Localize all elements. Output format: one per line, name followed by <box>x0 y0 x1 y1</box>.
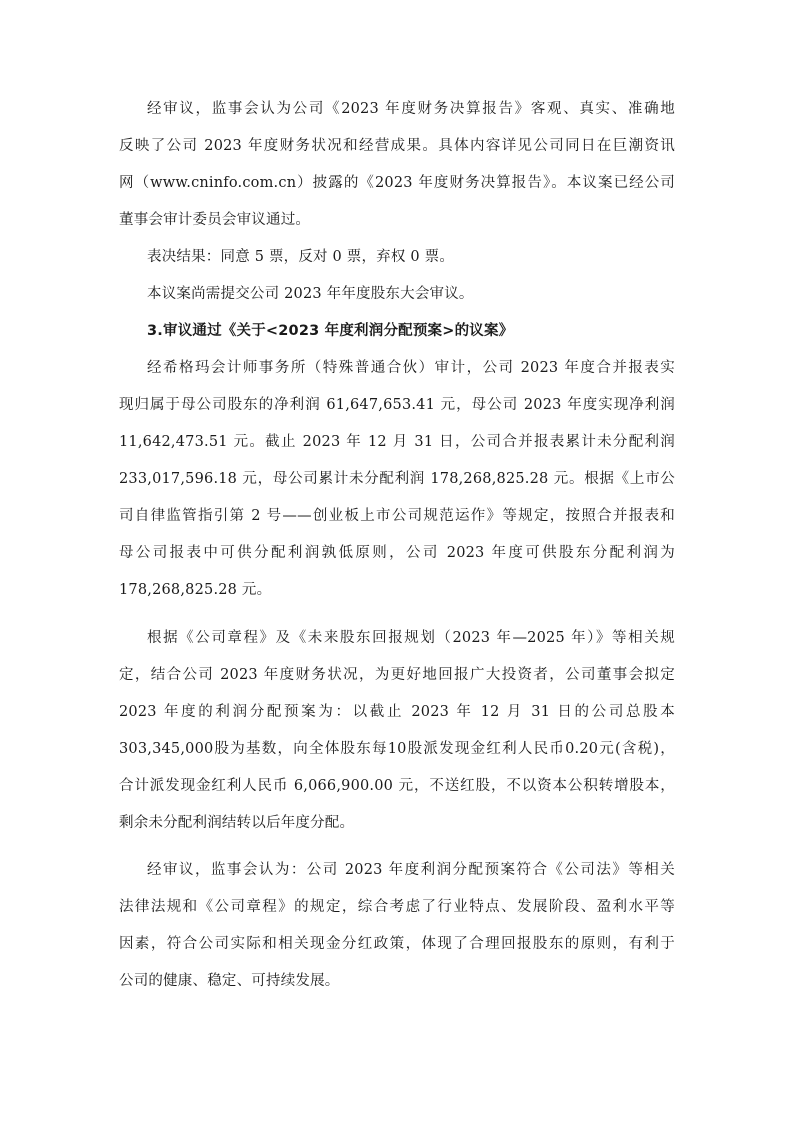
paragraph-5-line-2: 定，结合公司 2023 年度财务状况，为更好地回报广大投资者，公司董事会拟定 <box>119 665 675 685</box>
paragraph-1-line-2: 反映了公司 2023 年度财务状况和经营成果。具体内容详见公司同日在巨潮资讯 <box>119 136 675 156</box>
paragraph-1-line-4: 董事会审计委员会审议通过。 <box>119 210 675 230</box>
paragraph-4-line-6: 母公司报表中可供分配利润孰低原则，公司 2023 年度可供股东分配利润为 <box>119 543 675 563</box>
paragraph-6-line-2: 法律法规和《公司章程》的规定，综合考虑了行业特点、发展阶段、盈利水平等 <box>119 897 675 917</box>
paragraph-1-line-3: 网（www.cninfo.com.cn）披露的《2023 年度财务决算报告》。本… <box>119 173 675 193</box>
paragraph-6-line-1: 经审议，监事会认为：公司 2023 年度利润分配预案符合《公司法》等相关 <box>147 860 675 880</box>
paragraph-5-line-4: 303,345,000股为基数，向全体股东每10股派发现金红利人民币0.20元(… <box>119 739 675 759</box>
paragraph-5-line-5: 合计派发现金红利人民币 6,066,900.00 元，不送红股，不以资本公积转增… <box>119 776 675 796</box>
document-page: 经审议，监事会认为公司《2023 年度财务决算报告》客观、真实、准确地 反映了公… <box>0 0 794 1122</box>
vote-result-1: 表决结果：同意 5 票，反对 0 票，弃权 0 票。 <box>147 247 675 267</box>
paragraph-6-line-3: 因素，符合公司实际和相关现金分红政策，体现了合理回报股东的原则，有利于 <box>119 934 675 954</box>
paragraph-4-line-1: 经希格玛会计师事务所（特殊普通合伙）审计，公司 2023 年度合并报表实 <box>147 358 675 378</box>
paragraph-5-line-1: 根据《公司章程》及《未来股东回报规划（2023 年—2025 年）》等相关规 <box>147 628 675 648</box>
submission-note-1: 本议案尚需提交公司 2023 年年度股东大会审议。 <box>147 284 675 304</box>
paragraph-4-line-3: 11,642,473.51 元。截止 2023 年 12 月 31 日，公司合并… <box>119 432 675 452</box>
paragraph-5-line-6: 剩余未分配利润结转以后年度分配。 <box>119 813 675 833</box>
paragraph-5-line-3: 2023 年度的利润分配预案为：以截止 2023 年 12 月 31 日的公司总… <box>119 702 675 722</box>
paragraph-4-line-4: 233,017,596.18 元，母公司累计未分配利润 178,268,825.… <box>119 469 675 489</box>
paragraph-1-line-1: 经审议，监事会认为公司《2023 年度财务决算报告》客观、真实、准确地 <box>147 99 675 119</box>
paragraph-6-line-4: 公司的健康、稳定、可持续发展。 <box>119 971 675 991</box>
paragraph-4-line-2: 现归属于母公司股东的净利润 61,647,653.41 元，母公司 2023 年… <box>119 395 675 415</box>
section-heading-3: 3.审议通过《关于<2023 年度利润分配预案>的议案》 <box>147 321 675 341</box>
paragraph-4-line-5: 司自律监管指引第 2 号——创业板上市公司规范运作》等规定，按照合并报表和 <box>119 506 675 526</box>
paragraph-4-line-7: 178,268,825.28 元。 <box>119 580 675 600</box>
